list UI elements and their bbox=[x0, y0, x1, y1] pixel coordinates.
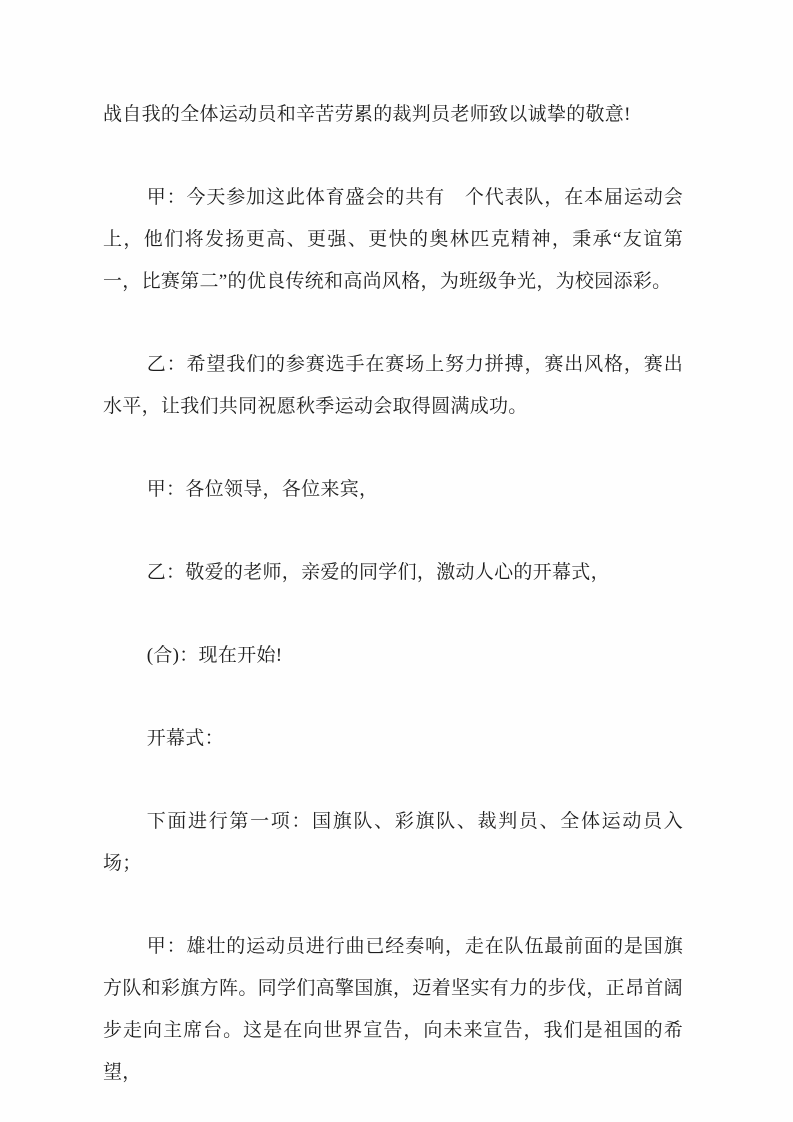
paragraph: 乙：敬爱的老师，亲爱的同学们，激动人心的开幕式， bbox=[103, 552, 683, 594]
paragraph: 乙：希望我们的参赛选手在赛场上努力拼搏，赛出风格，赛出水平，让我们共同祝愿秋季运… bbox=[103, 344, 683, 428]
paragraph: 战自我的全体运动员和辛苦劳累的裁判员老师致以诚挚的敬意! bbox=[103, 94, 683, 136]
paragraph: 下面进行第一项：国旗队、彩旗队、裁判员、全体运动员入场； bbox=[103, 801, 683, 885]
paragraph: 甲：今天参加这此体育盛会的共有 个代表队，在本届运动会上，他们将发扬更高、更强、… bbox=[103, 177, 683, 303]
paragraph: (合)：现在开始! bbox=[103, 635, 683, 677]
paragraph: 甲：各位领导，各位来宾， bbox=[103, 469, 683, 511]
document-page: 战自我的全体运动员和辛苦劳累的裁判员老师致以诚挚的敬意! 甲：今天参加这此体育盛… bbox=[0, 0, 793, 1122]
paragraph: 甲：雄壮的运动员进行曲已经奏响，走在队伍最前面的是国旗方队和彩旗方阵。同学们高擎… bbox=[103, 926, 683, 1094]
paragraph: 开幕式： bbox=[103, 718, 683, 760]
